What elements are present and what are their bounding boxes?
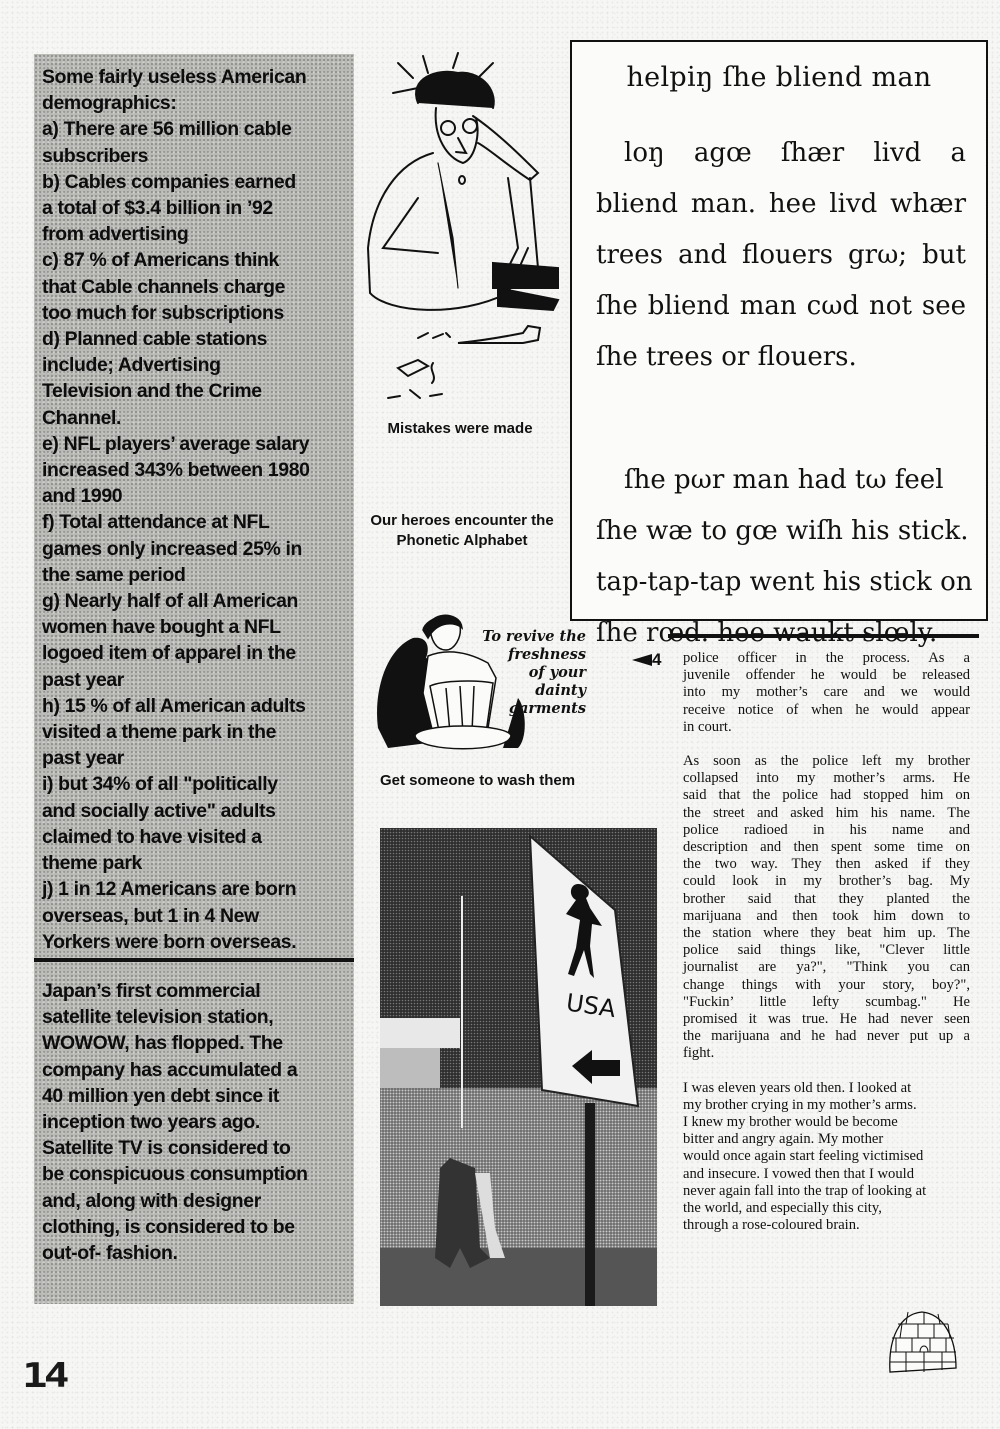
fact-line: theme park <box>42 850 348 876</box>
article-line: in court. <box>683 719 970 736</box>
fact-line: past year <box>42 745 348 771</box>
article-line: fight. <box>683 1045 970 1062</box>
fact-line: visited a theme park in the <box>42 719 348 745</box>
japan-line: company has accumulated a <box>42 1057 348 1083</box>
article-line: receive notice of when he would appear <box>683 702 970 719</box>
article-line: bitter and angry again. My mother <box>683 1131 970 1148</box>
article-line: journalist are ya?", "Think you can <box>683 959 970 976</box>
fact-line: too much for subscriptions <box>42 300 348 326</box>
laundry-ad-slogan: To revive thefreshnessof yourdaintygarme… <box>470 628 586 718</box>
continued-page-number: 4 <box>652 650 661 670</box>
phonetic-title: helpiŋ ſhe bliend man <box>572 62 986 93</box>
article-line: the marijuana and he had never put up a <box>683 1028 970 1045</box>
phonetic-paragraph-1: loŋ agœ ſhær livd abliend man. hee livd … <box>596 128 966 383</box>
fact-line: j) 1 in 12 Americans are born <box>42 876 348 902</box>
ad-slogan-line: of your <box>470 664 586 682</box>
article-line: brother said that they planted the <box>683 891 970 908</box>
fact-line: claimed to have visited a <box>42 824 348 850</box>
phonetic-line: ſhe bliend man cωd not see <box>596 281 966 332</box>
phonetic-line: ſhe wæ to gœ wiſh his stick. <box>596 506 966 557</box>
phonetic-alphabet-box: helpiŋ ſhe bliend man loŋ agœ ſhær livd … <box>570 40 988 621</box>
article-line: change things with your story, boy?", <box>683 977 970 994</box>
japan-line: clothing, is considered to be <box>42 1214 348 1240</box>
article-paragraph: As soon as the police left my brothercol… <box>683 753 970 1063</box>
japan-line: out-of- fashion. <box>42 1240 348 1266</box>
japan-line: WOWOW, has flopped. The <box>42 1030 348 1056</box>
article-top-rule <box>668 634 979 638</box>
fact-line: d) Planned cable stations <box>42 326 348 352</box>
fact-line: past year <box>42 667 348 693</box>
fact-line: f) Total attendance at NFL <box>42 509 348 535</box>
page-number: 14 <box>22 1356 66 1396</box>
japan-line: and, along with designer <box>42 1188 348 1214</box>
usa-pedestrian-sign-photo: USA <box>380 828 657 1306</box>
article-line: and insecure. I vowed then that I would <box>683 1166 970 1183</box>
fact-line: g) Nearly half of all American <box>42 588 348 614</box>
phonetic-caption-line-1: Our heroes encounter the <box>352 511 572 531</box>
cartoon-caption: Mistakes were made <box>360 420 560 437</box>
article-line: police officer in the process. As a <box>683 650 970 667</box>
article-line: promised it was true. He had never seen <box>683 1011 970 1028</box>
phonetic-paragraph-2: ſhe pωr man had tω feelſhe wæ to gœ wiſh… <box>596 455 966 659</box>
fact-line: Television and the Crime <box>42 378 348 404</box>
article-line: I knew my brother would be become <box>683 1114 970 1131</box>
fact-line: b) Cables companies earned <box>42 169 348 195</box>
phonetic-caption-line-2: Phonetic Alphabet <box>352 531 572 551</box>
fact-line: and 1990 <box>42 483 348 509</box>
article-line: the world, and especially this city, <box>683 1200 970 1217</box>
demographics-facts: Some fairly useless Americandemographics… <box>42 64 348 955</box>
ad-slogan-line: freshness <box>470 646 586 664</box>
japan-satellite-article: Japan’s first commercialsatellite televi… <box>42 978 348 1266</box>
phonetic-caption: Our heroes encounter the Phonetic Alphab… <box>352 511 572 551</box>
cartoon-tired-man-illustration <box>358 48 568 408</box>
phonetic-line: tap-tap-tap went his stick on <box>596 557 966 608</box>
fact-line: women have bought a NFL <box>42 614 348 640</box>
igloo-logo-icon <box>884 1308 960 1378</box>
article-line: the two way. They then asked if they <box>683 856 970 873</box>
article-line: juvenile offender he would be released <box>683 667 970 684</box>
article-paragraph: I was eleven years old then. I looked at… <box>683 1080 970 1235</box>
japan-line: satellite television station, <box>42 1004 348 1030</box>
article-line: marijuana and then took him down to <box>683 908 970 925</box>
article-paragraph: police officer in the process. As ajuven… <box>683 650 970 736</box>
phonetic-line: loŋ agœ ſhær livd a <box>596 128 966 179</box>
phonetic-line: bliend man. hee livd whær <box>596 179 966 230</box>
fact-line: the same period <box>42 562 348 588</box>
article-line: said that the police had stopped him on <box>683 787 970 804</box>
article-line: police radioed in his name and <box>683 822 970 839</box>
phonetic-line: ſhe trees or flouers. <box>596 332 966 383</box>
fact-line: increased 343% between 1980 <box>42 457 348 483</box>
fact-line: games only increased 25% in <box>42 536 348 562</box>
article-line: would once again start feeling victimise… <box>683 1148 970 1165</box>
fact-line: Channel. <box>42 405 348 431</box>
article-line: into my mother’s care and we would <box>683 684 970 701</box>
japan-line: Japan’s first commercial <box>42 978 348 1004</box>
fact-line: Yorkers were born overseas. <box>42 929 348 955</box>
fact-line: i) but 34% of all "politically <box>42 771 348 797</box>
article-line: the station where they beat him up. The <box>683 925 970 942</box>
article-line: "Fuckin’ little lefty scumbag." He <box>683 994 970 1011</box>
japan-line: 40 million yen debt since it <box>42 1083 348 1109</box>
fact-line: from advertising <box>42 221 348 247</box>
fact-line: overseas, but 1 in 4 New <box>42 903 348 929</box>
japan-line: inception two years ago. <box>42 1109 348 1135</box>
ad-slogan-line: To revive the <box>470 628 586 646</box>
article-line: I was eleven years old then. I looked at <box>683 1080 970 1097</box>
article-line: description and then spent some time on <box>683 839 970 856</box>
article-line: could look in my brother’s bag. My <box>683 873 970 890</box>
fact-line: e) NFL players’ average salary <box>42 431 348 457</box>
fact-line: h) 15 % of all American adults <box>42 693 348 719</box>
fact-line: logoed item of apparel in the <box>42 640 348 666</box>
sidebar-divider <box>34 958 354 962</box>
continued-from-marker: 4 <box>632 650 661 670</box>
fact-line: a) There are 56 million cable <box>42 116 348 142</box>
article-line: never again fall into the trap of lookin… <box>683 1183 970 1200</box>
phonetic-line: trees and flouers grω; but <box>596 230 966 281</box>
japan-line: Satellite TV is considered to <box>42 1135 348 1161</box>
fact-line: c) 87 % of Americans think <box>42 247 348 273</box>
article-body: police officer in the process. As ajuven… <box>683 650 970 1252</box>
fact-line: that Cable channels charge <box>42 274 348 300</box>
ad-slogan-line: garments <box>470 700 586 718</box>
fact-line: a total of $3.4 billion in ’92 <box>42 195 348 221</box>
laundry-caption: Get someone to wash them <box>370 772 610 789</box>
article-line: collapsed into my mother’s arms. He <box>683 770 970 787</box>
article-line: through a rose-coloured brain. <box>683 1217 970 1234</box>
fact-line: Some fairly useless American <box>42 64 348 90</box>
article-line: As soon as the police left my brother <box>683 753 970 770</box>
fact-line: include; Advertising <box>42 352 348 378</box>
article-line: my brother crying in my mother’s arms. <box>683 1097 970 1114</box>
article-line: police said things like, "Clever little <box>683 942 970 959</box>
fact-line: demographics: <box>42 90 348 116</box>
article-line: the street and asked him his name. The <box>683 805 970 822</box>
japan-line: be conspicuous consumption <box>42 1161 348 1187</box>
fact-line: subscribers <box>42 143 348 169</box>
fact-line: and socially active" adults <box>42 798 348 824</box>
ad-slogan-line: dainty <box>470 682 586 700</box>
phonetic-line: ſhe pωr man had tω feel <box>596 455 966 506</box>
left-arrow-icon <box>632 654 652 666</box>
